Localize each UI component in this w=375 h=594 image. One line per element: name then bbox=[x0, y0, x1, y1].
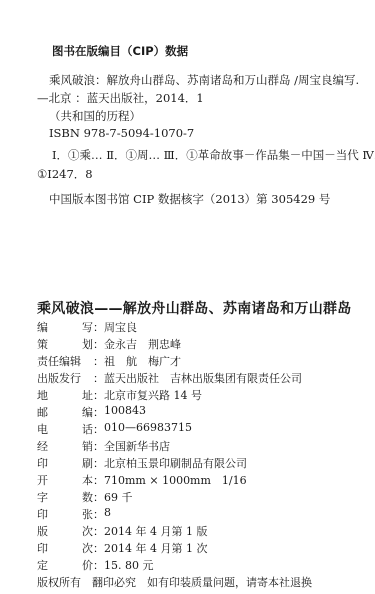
label: 本 bbox=[82, 472, 93, 488]
value: 710mm × 1000mm 1/16 bbox=[104, 472, 247, 488]
label: 电 bbox=[37, 421, 48, 437]
row-planner: 策划：金永吉 荆忠峰 bbox=[37, 336, 181, 352]
cip-classification-code: ①I247．8 bbox=[37, 166, 93, 182]
label: 价 bbox=[82, 557, 93, 573]
copyright-text: 版权所有 翻印必究 如有印装质量问题，请寄本社退换 bbox=[37, 574, 312, 590]
row-edition: 版次：2014 年 4 月第 1 版 bbox=[37, 523, 207, 539]
value: 周宝良 bbox=[104, 319, 137, 335]
book-title: 乘风破浪——解放舟山群岛、苏南诸岛和万山群岛 bbox=[37, 298, 352, 318]
cip-heading: 图书在版编目（CIP）数据 bbox=[52, 43, 188, 59]
label: 版 bbox=[37, 523, 48, 539]
label: 责任编辑 bbox=[37, 353, 81, 369]
row-printer: 印刷：北京柏玉景印刷制品有限公司 bbox=[37, 455, 247, 471]
label: 销 bbox=[82, 438, 93, 454]
label: 字 bbox=[37, 489, 48, 505]
value: 蓝天出版社 吉林出版集团有限责任公司 bbox=[104, 370, 302, 386]
label: 经 bbox=[37, 438, 48, 454]
value: 金永吉 荆忠峰 bbox=[104, 336, 181, 352]
row-word-count: 字数：69 千 bbox=[37, 489, 133, 505]
label: 开 bbox=[37, 472, 48, 488]
cip-series-line: （共和国的历程） bbox=[49, 108, 141, 124]
row-editor: 责任编辑：祖 航 梅广才 bbox=[37, 353, 181, 369]
row-distributor: 经销：全国新华书店 bbox=[37, 438, 170, 454]
label: 定 bbox=[37, 557, 48, 573]
label: 印 bbox=[37, 506, 48, 522]
row-phone: 电话：010—66983715 bbox=[37, 421, 192, 437]
cip-record-number: 中国版本图书馆 CIP 数据核字（2013）第 305429 号 bbox=[49, 191, 330, 207]
row-author: 编写：周宝良 bbox=[37, 319, 137, 335]
label: 次 bbox=[82, 540, 93, 556]
value: 2014 年 4 月第 1 版 bbox=[104, 523, 207, 539]
row-price: 定价：15. 80 元 bbox=[37, 557, 153, 573]
label: 邮 bbox=[37, 404, 48, 420]
value: 北京柏玉景印刷制品有限公司 bbox=[104, 455, 247, 471]
value: 2014 年 4 月第 1 次 bbox=[104, 540, 207, 556]
label: 编 bbox=[37, 319, 48, 335]
label: 编 bbox=[82, 404, 93, 420]
cip-isbn-line: ISBN 978-7-5094-1070-7 bbox=[49, 126, 194, 140]
row-printing: 印次：2014 年 4 月第 1 次 bbox=[37, 540, 207, 556]
label: 出版发行 bbox=[37, 370, 81, 386]
row-postcode: 邮编：100843 bbox=[37, 404, 146, 420]
cip-publisher-line: —北京 ：蓝天出版社，2014．1 bbox=[37, 90, 204, 106]
label: 印 bbox=[37, 540, 48, 556]
label: 刷 bbox=[82, 455, 93, 471]
value: 北京市复兴路 14 号 bbox=[104, 387, 202, 403]
value: 100843 bbox=[104, 404, 146, 420]
value: 祖 航 梅广才 bbox=[104, 353, 181, 369]
copyright-notice: 版权所有 翻印必究 如有印装质量问题，请寄本社退换 bbox=[37, 574, 312, 590]
label: 策 bbox=[37, 336, 48, 352]
value: 全国新华书店 bbox=[104, 438, 170, 454]
value: 15. 80 元 bbox=[104, 557, 153, 573]
label: 写 bbox=[82, 319, 93, 335]
cip-title-line: 乘风破浪：解放舟山群岛、苏南诸岛和万山群岛 /周宝良编写. bbox=[49, 72, 359, 88]
row-format: 开本：710mm × 1000mm 1/16 bbox=[37, 472, 247, 488]
label: 印 bbox=[37, 455, 48, 471]
row-publisher: 出版发行：蓝天出版社 吉林出版集团有限责任公司 bbox=[37, 370, 302, 386]
label: 数 bbox=[82, 489, 93, 505]
label: 划 bbox=[82, 336, 93, 352]
row-sheets: 印张：8 bbox=[37, 506, 111, 522]
cip-classification-line: Ⅰ．①乘… Ⅱ．①周… Ⅲ．①革命故事－作品集－中国－当代 Ⅳ． bbox=[52, 147, 375, 163]
value: 8 bbox=[104, 506, 111, 522]
value: 010—66983715 bbox=[104, 421, 192, 437]
label: 次 bbox=[82, 523, 93, 539]
label: 话 bbox=[82, 421, 93, 437]
label: 张 bbox=[82, 506, 93, 522]
label: 址 bbox=[82, 387, 93, 403]
row-address: 地址：北京市复兴路 14 号 bbox=[37, 387, 202, 403]
label: 地 bbox=[37, 387, 48, 403]
value: 69 千 bbox=[104, 489, 133, 505]
